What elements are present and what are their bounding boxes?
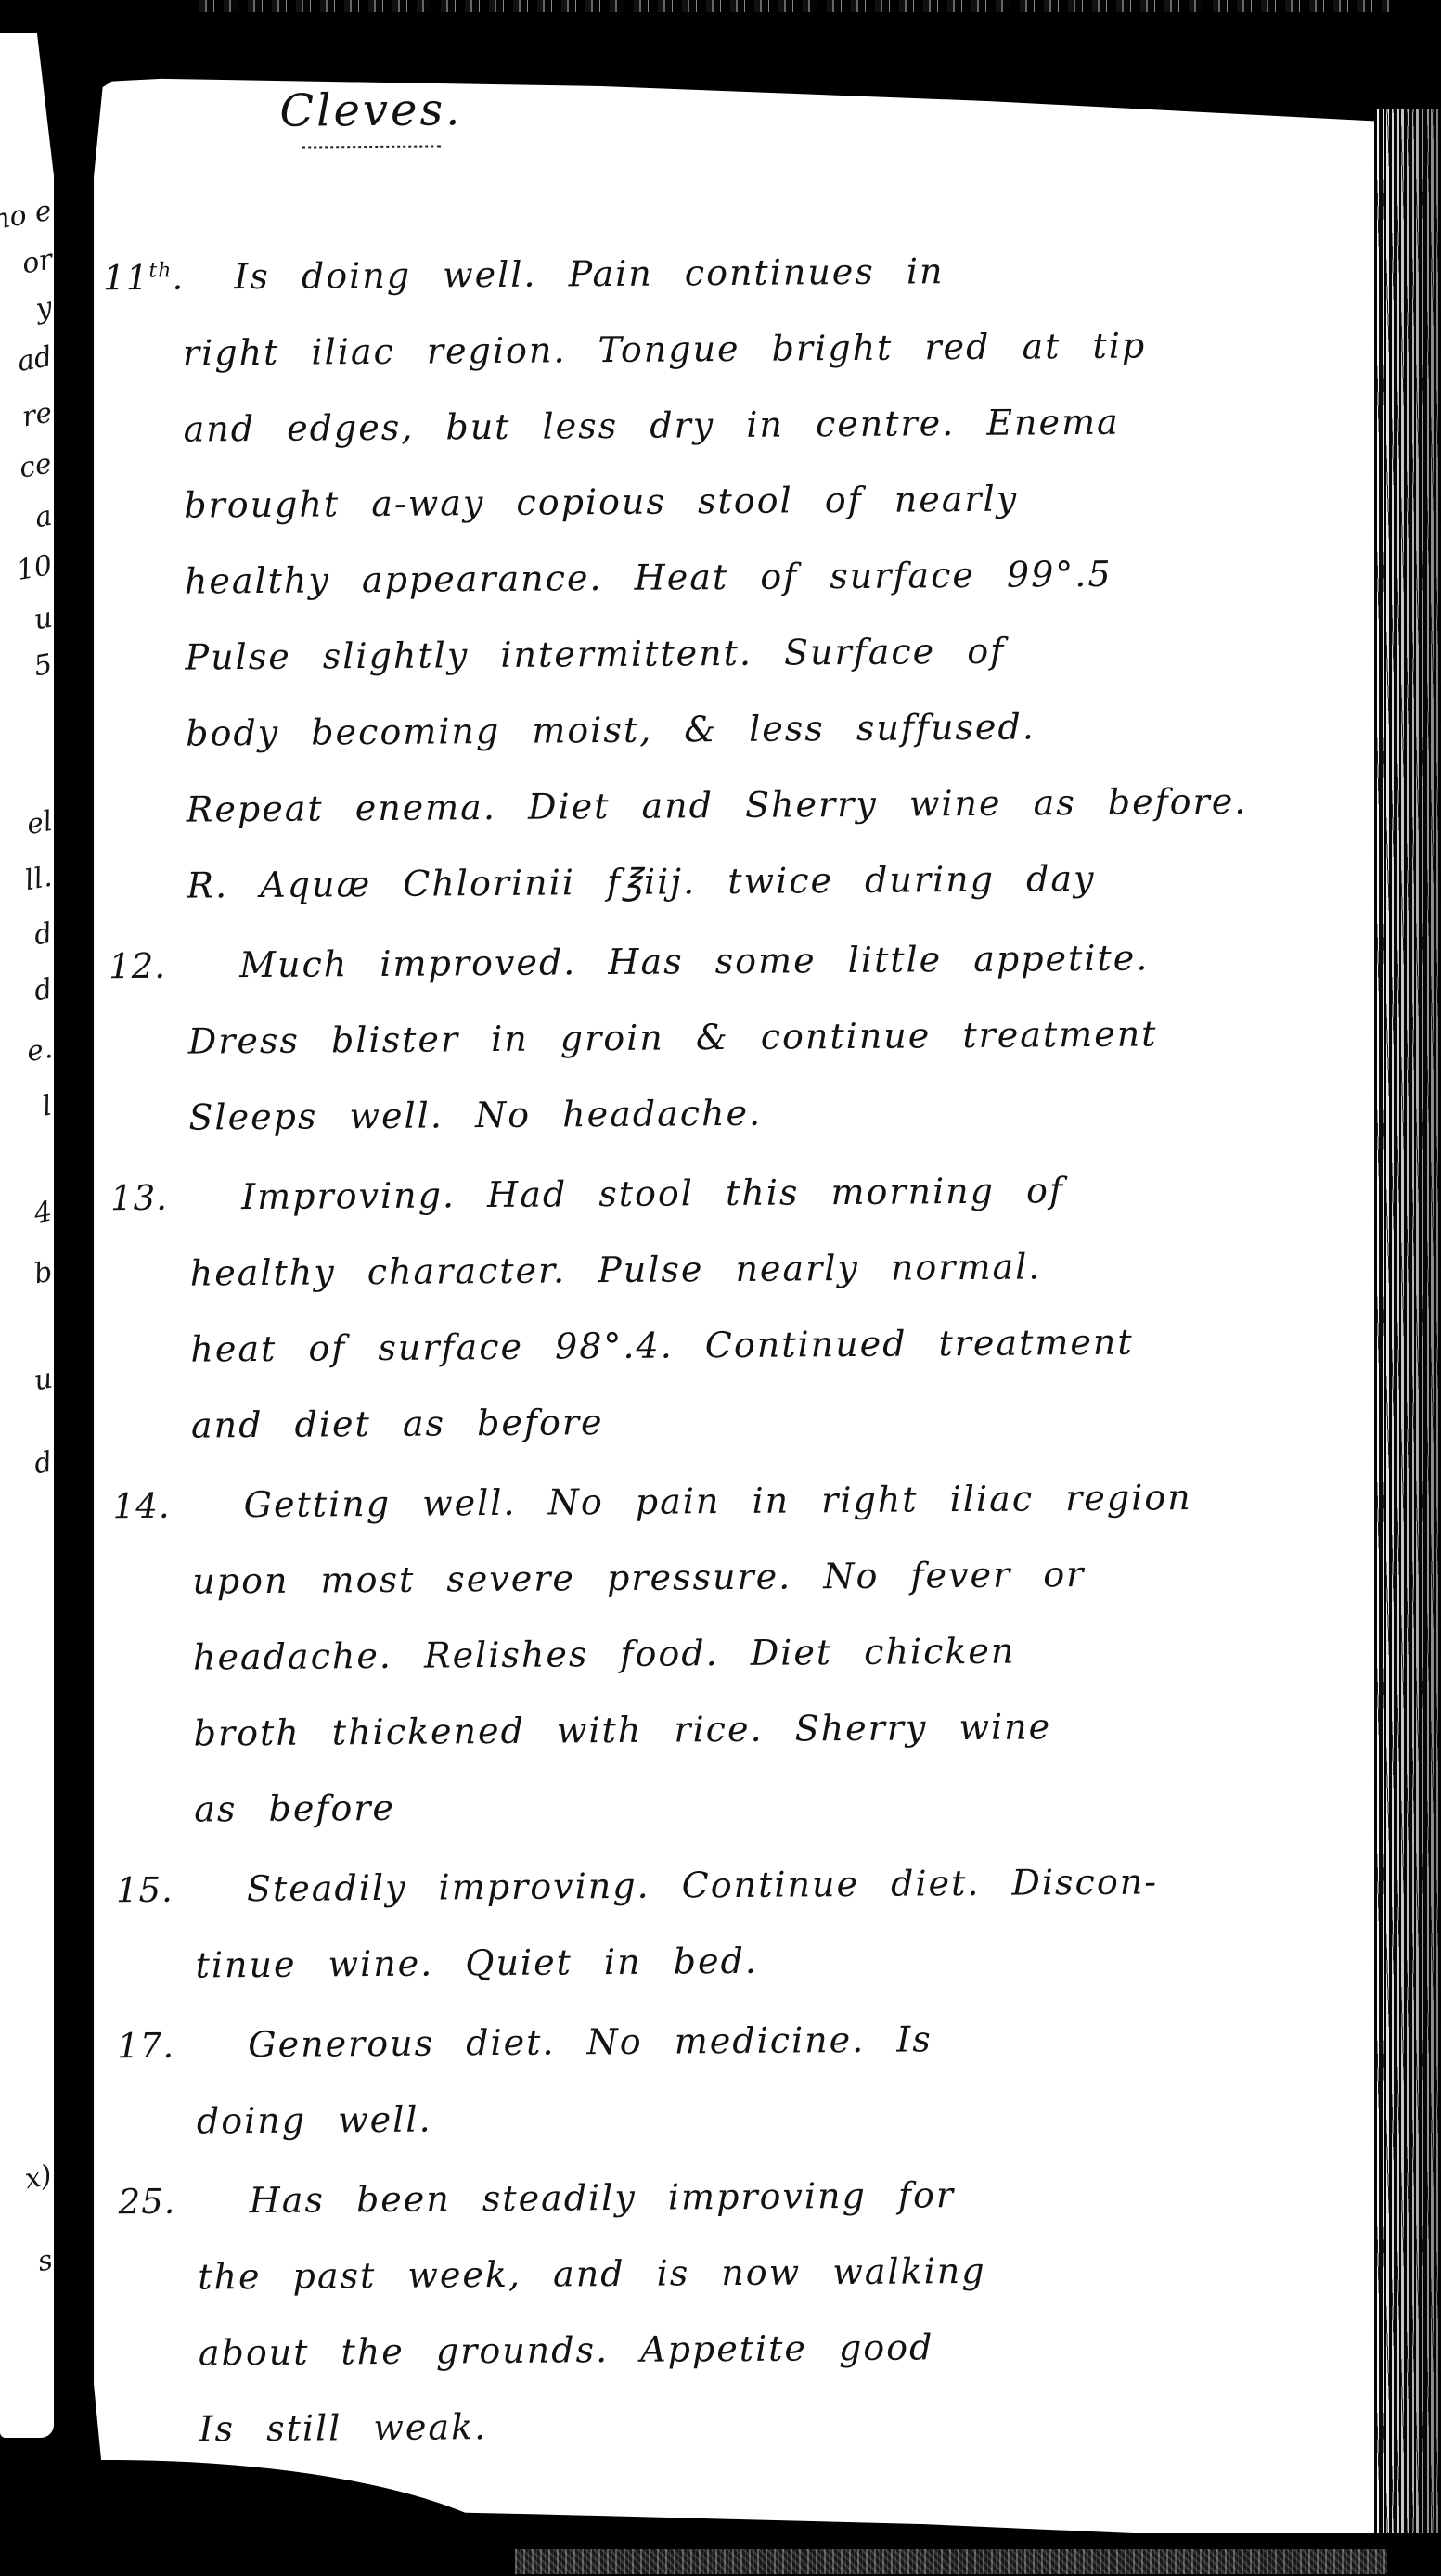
entry-day-number: 12.: [109, 946, 166, 986]
margin-fragment: d: [32, 973, 54, 1008]
margin-fragment: d: [32, 917, 54, 953]
margin-fragment: ll.: [22, 861, 54, 897]
entry-line: healthy character. Pulse nearly normal.: [189, 1226, 1313, 1312]
margin-fragment: u: [32, 602, 54, 637]
margin-fragment: or: [19, 243, 54, 280]
entry-line: Pulse slightly intermittent. Surface of: [185, 610, 1308, 696]
entry-line: and diet as before: [191, 1378, 1315, 1464]
entry-day-number: 15.: [116, 1870, 174, 1910]
case-entry: 14.Getting well. No pain in right iliac …: [191, 1458, 1317, 1847]
margin-fragment: 10: [14, 549, 54, 587]
margin-fragment: ce: [18, 447, 54, 484]
margin-fragment: u: [32, 1363, 54, 1398]
entry-line: body becoming moist, & less suffused.: [186, 686, 1309, 772]
entry-line: Is doing well. Pain continues in: [182, 230, 1306, 315]
margin-fragment: d: [32, 1446, 54, 1481]
entry-line: Is still weak.: [199, 2382, 1322, 2467]
top-scan-grain: [199, 0, 1390, 12]
entry-line: R. Aquæ Chlorinii f℥iij. twice during da…: [187, 839, 1310, 924]
case-entry: 13.Improving. Had stool this morning ofh…: [189, 1150, 1315, 1463]
entry-line: right iliac region. Tongue bright red at…: [183, 306, 1306, 391]
facing-page-strip: no eoryadrecea10u5elll.dde.l4budx)s: [0, 33, 54, 2438]
margin-fragment: re: [19, 396, 54, 433]
case-entry: 15.Steadily improving. Continue diet. Di…: [195, 1842, 1319, 2003]
entry-line: as before: [194, 1762, 1318, 1848]
entry-line: and edges, but less dry in centre. Enema: [183, 382, 1306, 468]
margin-fragment: b: [32, 1256, 54, 1291]
entry-day-number: 14.: [113, 1486, 171, 1526]
entry-line: brought a-way copious stool of nearly: [184, 458, 1307, 544]
entry-line: doing well.: [197, 2074, 1320, 2159]
case-entry: 11th.Is doing well. Pain continues inrig…: [182, 230, 1310, 923]
margin-fragment: y: [33, 291, 54, 326]
entry-day-number: 11th.: [103, 258, 184, 299]
entry-line: heat of surface 98°.4. Continued treatme…: [190, 1302, 1314, 1388]
entry-line: about the grounds. Appetite good: [199, 2306, 1322, 2391]
entry-line: upon most severe pressure. No fever or: [192, 1534, 1316, 1620]
page-heading: Cleves.: [264, 83, 479, 149]
page-content: Cleves. 11th.Is doing well. Pain continu…: [73, 49, 1387, 2555]
entry-line: Much improved. Has some little appetite.: [187, 918, 1311, 1004]
entries: 11th.Is doing well. Pain continues inrig…: [75, 230, 1387, 2468]
margin-fragment: s: [35, 2244, 54, 2278]
margin-fragment: 4: [32, 1196, 54, 1231]
margin-fragment: ad: [15, 340, 54, 378]
case-entry: 12.Much improved. Has some little appeti…: [187, 918, 1312, 1155]
margin-fragment: e.: [24, 1032, 54, 1069]
entry-line: Has been steadily improving for: [197, 2154, 1320, 2239]
margin-fragment: 5: [32, 648, 54, 684]
entry-line: Steadily improving. Continue diet. Disco…: [195, 1842, 1319, 1928]
entry-line: Sleeps well. No headache.: [188, 1070, 1312, 1156]
entry-line: broth thickened with rice. Sherry wine: [193, 1686, 1317, 1772]
entry-day-number: 17.: [117, 2026, 174, 2066]
entry-line: tinue wine. Quiet in bed.: [195, 1918, 1319, 2004]
entry-line: Dress blister in groin & continue treatm…: [187, 994, 1311, 1080]
entry-day-number: 25.: [118, 2182, 175, 2222]
margin-fragment: x): [23, 2159, 54, 2196]
journal-page: Cleves. 11th.Is doing well. Pain continu…: [84, 54, 1378, 2549]
bottom-scan-grain: [515, 2549, 1387, 2574]
entry-line: healthy appearance. Heat of surface 99°.…: [185, 534, 1308, 620]
entry-line: Getting well. No pain in right iliac reg…: [191, 1458, 1315, 1544]
margin-fragment: l: [40, 1089, 54, 1122]
entry-line: the past week, and is now walking: [198, 2230, 1321, 2315]
margin-fragment: a: [32, 500, 54, 535]
entry-line: Generous diet. No medicine. Is: [196, 1998, 1319, 2083]
entry-line: headache. Relishes food. Diet chicken: [193, 1610, 1317, 1696]
case-entry: 17.Generous diet. No medicine. Isdoing w…: [196, 1998, 1319, 2159]
margin-fragment: el: [24, 805, 54, 841]
entry-line: Repeat enema. Diet and Sherry wine as be…: [186, 763, 1309, 848]
page-edge-texture: [1374, 109, 1441, 2539]
case-entry: 25.Has been steadily improving forthe pa…: [197, 2154, 1322, 2467]
scanned-page: Cleves. 11th.Is doing well. Pain continu…: [0, 0, 1441, 2576]
entry-line: Improving. Had stool this morning of: [189, 1150, 1313, 1236]
entry-day-number: 13.: [110, 1178, 168, 1218]
margin-fragment: no e: [0, 195, 54, 237]
